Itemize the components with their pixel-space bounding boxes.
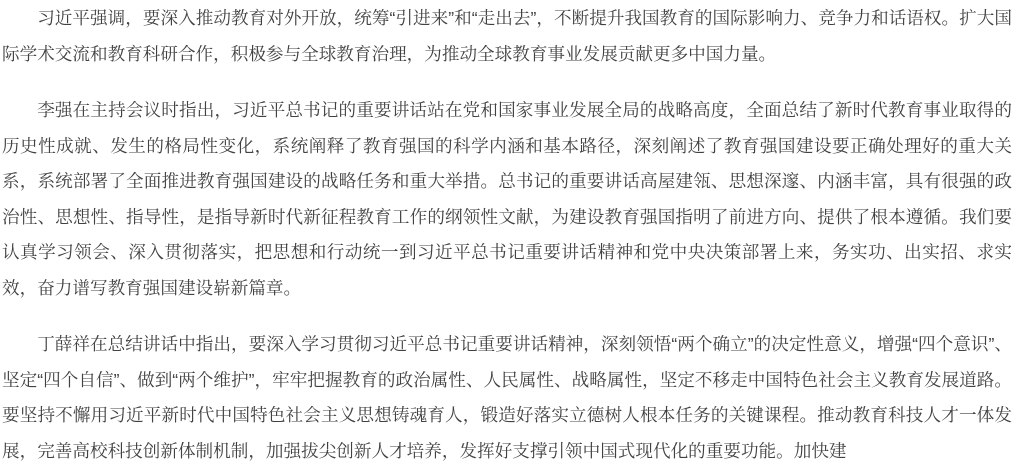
article-paragraph-li-qiang-remarks: 李强在主持会议时指出，习近平总书记的重要讲话站在党和国家事业发展全局的战略高度，… bbox=[2, 93, 1012, 306]
article-paragraph-ding-xuexiang-remarks: 丁薛祥在总结讲话中指出，要深入学习贯彻习近平总书记重要讲话精神，深刻领悟“两个确… bbox=[2, 327, 1012, 467]
article-paragraph-xi-jinping-emphasis: 习近平强调，要深入推动教育对外开放，统筹“引进来”和“走出去”，不断提升我国教育… bbox=[2, 1, 1012, 72]
article-body: 习近平强调，要深入推动教育对外开放，统筹“引进来”和“走出去”，不断提升我国教育… bbox=[0, 0, 1016, 467]
